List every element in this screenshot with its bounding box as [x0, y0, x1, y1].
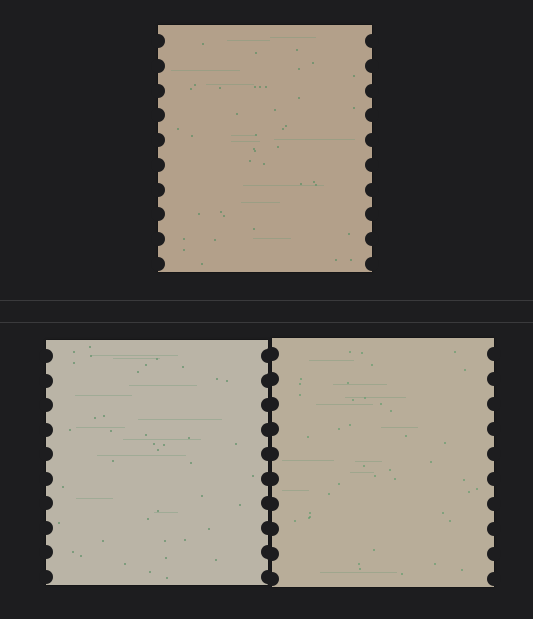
ink-streak: [243, 185, 324, 186]
ink-streak: [253, 238, 292, 239]
ink-streak: [309, 360, 354, 361]
ink-streak: [206, 84, 254, 85]
ink-speck: [361, 352, 363, 354]
ink-speck: [69, 429, 71, 431]
ink-streak: [129, 385, 196, 386]
ink-speck: [223, 215, 225, 217]
ink-streak: [138, 419, 222, 420]
ink-speck: [335, 259, 337, 261]
perforation-hole: [151, 183, 165, 197]
ink-speck: [153, 443, 155, 445]
ink-speck: [274, 109, 276, 111]
ink-speck: [62, 486, 64, 488]
ink-streak: [320, 572, 397, 573]
ink-speck: [401, 573, 403, 575]
ink-speck: [183, 238, 185, 240]
ink-speck: [468, 491, 470, 493]
ink-streak: [345, 397, 406, 398]
ink-speck: [190, 462, 192, 464]
ink-streak: [231, 135, 257, 136]
ink-streak: [282, 460, 334, 461]
ink-streak: [75, 395, 132, 396]
ink-streak: [381, 427, 418, 428]
ink-streak: [270, 37, 315, 38]
perforation-hole: [365, 108, 379, 122]
ink-speck: [110, 430, 112, 432]
perforation-hole: [487, 572, 501, 586]
perforation-hole: [151, 257, 165, 271]
ink-speck: [219, 87, 221, 89]
stamp-paper: [158, 25, 372, 272]
ink-speck: [94, 417, 96, 419]
perforation-hole: [265, 547, 279, 561]
stock-strip-line-1: [0, 300, 533, 301]
ink-speck: [454, 351, 456, 353]
perforation-hole: [265, 572, 279, 586]
stamp-paper: [46, 340, 268, 585]
ink-speck: [300, 378, 302, 380]
perforation-hole: [151, 59, 165, 73]
ink-speck: [239, 504, 241, 506]
ink-streak: [241, 202, 280, 203]
ink-speck: [449, 520, 451, 522]
ink-speck: [338, 483, 340, 485]
ink-speck: [296, 49, 298, 51]
ink-speck: [352, 399, 354, 401]
perforation-hole: [365, 34, 379, 48]
ink-speck: [253, 148, 255, 150]
stamp-paper: [272, 338, 494, 587]
perforation-hole: [39, 570, 53, 584]
perforation-hole: [487, 547, 501, 561]
ink-speck: [444, 442, 446, 444]
ink-speck: [235, 443, 237, 445]
bottom-left-stamp: [46, 340, 268, 585]
ink-streak: [154, 512, 178, 513]
perforation-hole: [39, 423, 53, 437]
ink-streak: [350, 472, 374, 473]
ink-speck: [216, 378, 218, 380]
ink-speck: [198, 213, 200, 215]
perforation-hole: [151, 232, 165, 246]
perforation-hole: [365, 84, 379, 98]
ink-speck: [349, 351, 351, 353]
perforation-hole: [365, 158, 379, 172]
perforation-hole: [151, 158, 165, 172]
perforation-hole: [487, 347, 501, 361]
ink-speck: [461, 569, 463, 571]
perforation-hole: [487, 447, 501, 461]
ink-streak: [97, 455, 186, 456]
perforation-hole: [365, 59, 379, 73]
perforation-hole: [487, 422, 501, 436]
ink-speck: [201, 263, 203, 265]
ink-speck: [145, 364, 147, 366]
ink-speck: [145, 434, 147, 436]
perforation-hole: [39, 472, 53, 486]
perforation-hole: [151, 84, 165, 98]
ink-speck: [464, 369, 466, 371]
perforation-hole: [265, 447, 279, 461]
ink-speck: [73, 362, 75, 364]
perforation-hole: [265, 497, 279, 511]
ink-speck: [73, 351, 75, 353]
ink-speck: [309, 516, 311, 518]
ink-speck: [202, 43, 204, 45]
ink-streak: [355, 461, 382, 462]
ink-speck: [103, 415, 105, 417]
ink-speck: [442, 512, 444, 514]
perforation-hole: [487, 397, 501, 411]
ink-speck: [299, 383, 301, 385]
perforation-hole: [265, 472, 279, 486]
ink-streak: [316, 404, 373, 405]
top-stamp: [158, 25, 372, 272]
perforation-hole: [365, 207, 379, 221]
ink-speck: [430, 461, 432, 463]
ink-streak: [123, 439, 201, 440]
perforation-hole: [365, 133, 379, 147]
perforation-hole: [487, 472, 501, 486]
perforation-hole: [365, 257, 379, 271]
ink-speck: [163, 444, 165, 446]
ink-speck: [463, 479, 465, 481]
perforation-hole: [39, 521, 53, 535]
perforation-hole: [365, 232, 379, 246]
perforation-hole: [487, 522, 501, 536]
ink-speck: [58, 522, 60, 524]
bottom-right-stamp: [272, 338, 494, 587]
ink-streak: [76, 427, 125, 428]
ink-speck: [277, 146, 279, 148]
perforation-hole: [365, 183, 379, 197]
perforation-hole: [39, 374, 53, 388]
ink-streak: [231, 141, 260, 142]
ink-streak: [76, 498, 112, 499]
ink-speck: [166, 577, 168, 579]
ink-streak: [282, 490, 309, 491]
ink-speck: [373, 549, 375, 551]
ink-speck: [309, 512, 311, 514]
ink-speck: [201, 495, 203, 497]
ink-streak: [113, 358, 160, 359]
ink-streak: [227, 40, 270, 41]
ink-speck: [389, 469, 391, 471]
ink-streak: [171, 70, 240, 71]
ink-speck: [338, 428, 340, 430]
ink-streak: [91, 355, 178, 356]
perforation-hole: [265, 522, 279, 536]
ink-streak: [333, 384, 387, 385]
perforation-hole: [487, 372, 501, 386]
ink-speck: [263, 163, 265, 165]
perforation-hole: [487, 497, 501, 511]
ink-streak: [274, 139, 355, 140]
stock-strip-line-2: [0, 322, 533, 323]
ink-speck: [254, 150, 256, 152]
